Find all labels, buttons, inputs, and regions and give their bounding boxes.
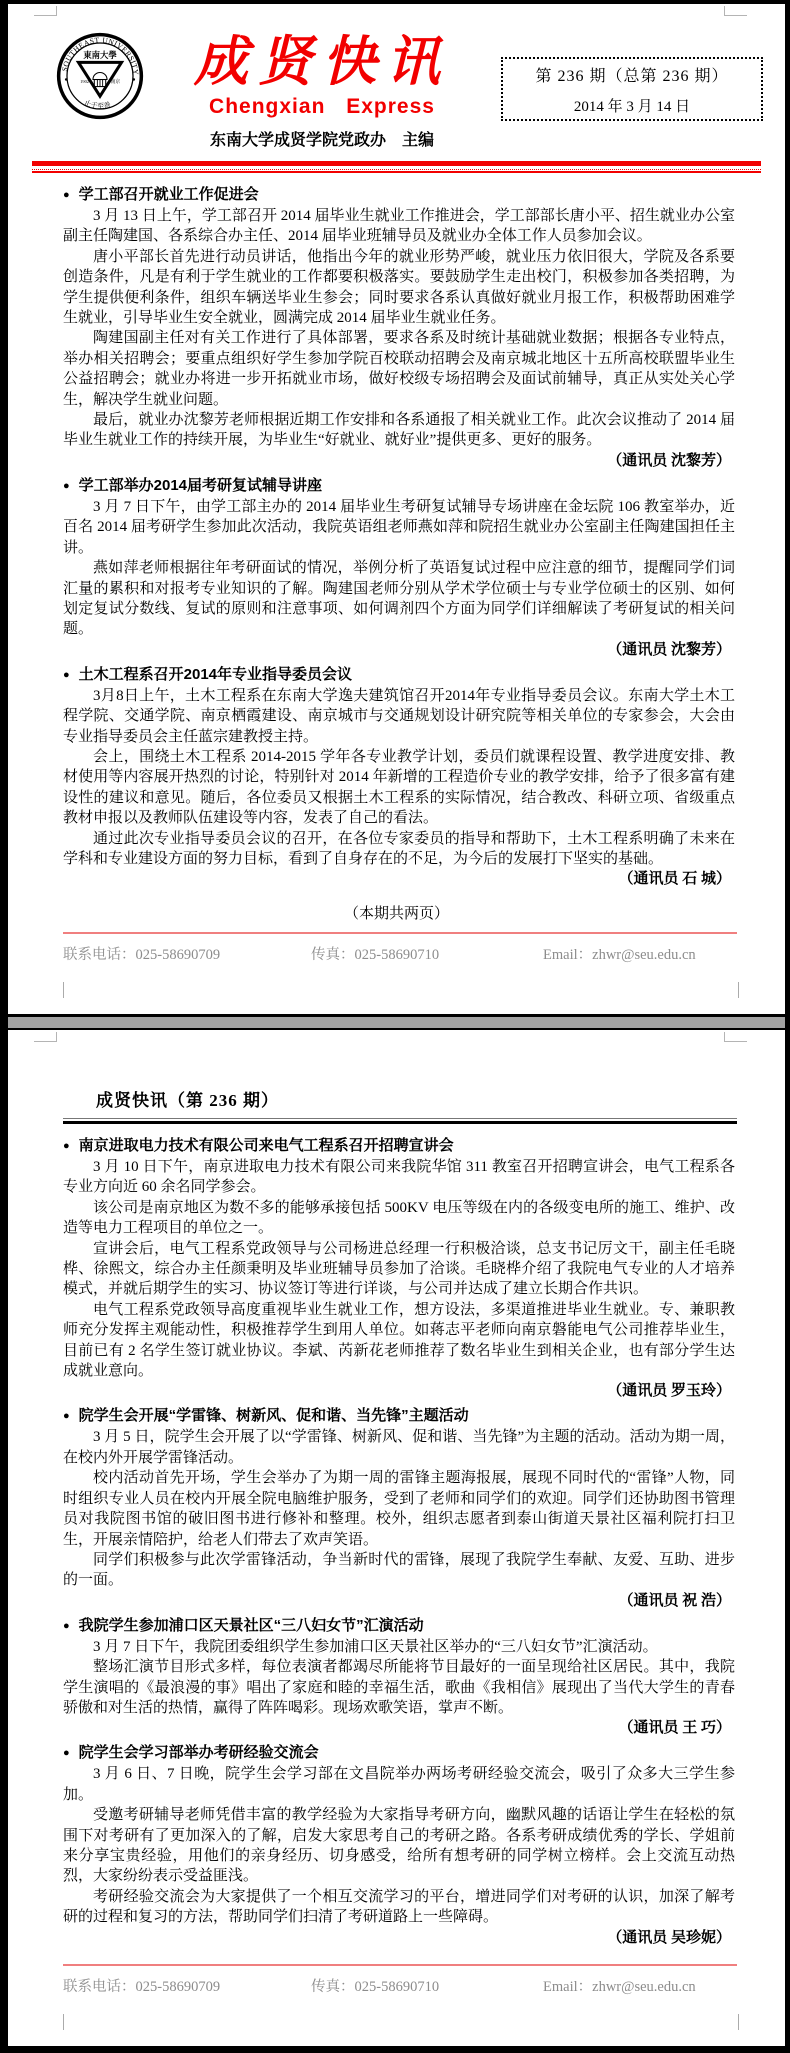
- article-title: ●我院学生参加浦口区天景社区“三八妇女节”汇演活动: [63, 1615, 735, 1637]
- page-1: SOUTHEAST UNIVERSITY 止于至善 東南大學 1902 南京 成…: [8, 4, 785, 1014]
- seal-university-name: 東南大學: [83, 50, 117, 60]
- article-paragraph: 3 月 7 日下午，由学工部主办的 2014 届毕业生考研复试辅导专场讲座在金坛…: [63, 497, 735, 558]
- article-byline: （通讯员 王 巧）: [63, 1718, 735, 1739]
- article-paragraph: 3 月 10 日下午，南京进取电力技术有限公司来我院华馆 311 教室召开招聘宣…: [63, 1157, 735, 1198]
- text-boundary-mark: [738, 982, 739, 998]
- article-title-text: 南京进取电力技术有限公司来电气工程系召开招聘宣讲会: [79, 1137, 454, 1154]
- page-footer: 联系电话：025-58690709 传真：025-58690710 Email：…: [63, 1964, 737, 1996]
- bullet-icon: ●: [63, 1747, 70, 1759]
- contact-email: Email：zhwr@seu.edu.cn: [543, 943, 696, 964]
- footer-rule: [63, 1964, 737, 1966]
- running-header-title: 成贤快讯（第 236 期）: [63, 1086, 737, 1111]
- article-paragraph: 最后，就业办沈黎芳老师根据近期工作安排和各系通报了相关就业工作。此次会议推动了 …: [63, 410, 735, 451]
- article-title: ●院学生会学习部举办考研经验交流会: [63, 1742, 735, 1764]
- article-paragraph: 3月8日上午，土木工程系在东南大学逸夫建筑馆召开2014年专业指导委员会议。东南…: [63, 686, 735, 747]
- bullet-icon: ●: [63, 189, 70, 201]
- article-title: ●土木工程系召开2014年专业指导委员会议: [63, 664, 735, 686]
- article-paragraph: 3 月 5 日，院学生会开展了以“学雷锋、树新风、促和谐、当先锋”为主题的活动。…: [63, 1427, 735, 1468]
- page-footer: 联系电话：025-58690709 传真：025-58690710 Email：…: [63, 932, 737, 964]
- running-header-rule: [63, 1118, 737, 1124]
- article-title: ●学工部召开就业工作促进会: [63, 184, 735, 206]
- article-paragraph: 考研经验交流会为大家提供了一个相互交流学习的平台，增进同学们对考研的认识，加深了…: [63, 1887, 735, 1928]
- crop-mark-icon: [724, 1032, 747, 1042]
- contact-phone: 联系电话：025-58690709: [63, 943, 311, 964]
- article-byline: （通讯员 罗玉玲）: [63, 1381, 735, 1402]
- bullet-icon: ●: [63, 669, 70, 681]
- article-paragraph: 受邀考研辅导老师凭借丰富的教学经验为大家指导考研方向，幽默风趣的话语让学生在轻松…: [63, 1805, 735, 1887]
- newsletter-title: 成贤快讯: [148, 28, 496, 94]
- seal-motto-text: 止于至善: [83, 98, 112, 111]
- svg-text:止于至善: 止于至善: [83, 98, 112, 111]
- article-paragraph: 3 月 13 日上午，学工部召开 2014 届毕业生就业工作推进会，学工部部长唐…: [63, 206, 735, 247]
- crop-mark-icon: [724, 6, 747, 16]
- text-boundary-mark: [738, 2014, 739, 2030]
- articles-page-2: ●南京进取电力技术有限公司来电气工程系召开招聘宣讲会 3 月 10 日下午，南京…: [63, 1135, 735, 1949]
- article: ●院学生会开展“学雷锋、树新风、促和谐、当先锋”主题活动 3 月 5 日，院学生…: [63, 1405, 735, 1611]
- article-title: ●南京进取电力技术有限公司来电气工程系召开招聘宣讲会: [63, 1135, 735, 1157]
- masthead: SOUTHEAST UNIVERSITY 止于至善 東南大學 1902 南京 成…: [8, 4, 785, 150]
- masthead-rule: [32, 161, 761, 173]
- article: ●院学生会学习部举办考研经验交流会 3 月 6 日、7 日晚，院学生会学习部在文…: [63, 1742, 735, 1948]
- page-count-note: （本期共两页）: [8, 902, 785, 923]
- contact-email: Email：zhwr@seu.edu.cn: [543, 1975, 696, 1996]
- publisher-line: 东南大学成贤学院党政办 主编: [148, 127, 496, 150]
- issue-box: 第 236 期（总第 236 期） 2014 年 3 月 14 日: [501, 57, 763, 121]
- crop-mark-icon: [34, 6, 57, 16]
- bullet-icon: ●: [63, 1410, 70, 1422]
- article: ●学工部召开就业工作促进会 3 月 13 日上午，学工部召开 2014 届毕业生…: [63, 184, 735, 472]
- article-paragraph: 该公司是南京地区为数不多的能够承接包括 500KV 电压等级在内的各级变电所的施…: [63, 1198, 735, 1239]
- issue-date: 2014 年 3 月 14 日: [574, 95, 690, 116]
- article-paragraph: 唐小平部长首先进行动员讲话，他指出今年的就业形势严峻，就业压力依旧很大，学院及各…: [63, 247, 735, 329]
- article-byline: （通讯员 祝 浩）: [63, 1591, 735, 1612]
- document-viewer: SOUTHEAST UNIVERSITY 止于至善 東南大學 1902 南京 成…: [0, 0, 790, 2052]
- article-byline: （通讯员 沈黎芳）: [63, 451, 735, 472]
- footer-rule: [63, 932, 737, 934]
- article-paragraph: 通过此次专业指导委员会议的召开，在各位专家委员的指导和帮助下，土木工程系明确了未…: [63, 829, 735, 870]
- article-paragraph: 整场汇演节目形式多样，每位表演者都竭尽所能将节目最好的一面呈现给社区居民。其中，…: [63, 1657, 735, 1718]
- seal-year: 1902: [80, 79, 89, 84]
- article-paragraph: 3 月 6 日、7 日晚，院学生会学习部在文昌院举办两场考研经验交流会，吸引了众…: [63, 1764, 735, 1805]
- contact-fax: 传真：025-58690710: [311, 1975, 543, 1996]
- article-paragraph: 3 月 7 日下午，我院团委组织学生参加浦口区天景社区举办的“三八妇女节”汇演活…: [63, 1637, 735, 1657]
- article-title-text: 学工部召开就业工作促进会: [79, 186, 259, 203]
- article: ●学工部举办2014届考研复试辅导讲座 3 月 7 日下午，由学工部主办的 20…: [63, 475, 735, 661]
- article-paragraph: 陶建国副主任对有关工作进行了具体部署，要求各系及时统计基础就业数据；根据各专业特…: [63, 328, 735, 410]
- article: ●土木工程系召开2014年专业指导委员会议 3月8日上午，土木工程系在东南大学逸…: [63, 664, 735, 891]
- text-boundary-mark: [63, 982, 64, 998]
- newsletter-title-en: Chengxian Express: [148, 94, 496, 120]
- contact-fax: 传真：025-58690710: [311, 943, 543, 964]
- article-paragraph: 电气工程系党政领导高度重视毕业生就业工作，想方设法，多渠道推进毕业生就业。专、兼…: [63, 1300, 735, 1382]
- running-header: 成贤快讯（第 236 期）: [8, 1030, 785, 1111]
- article-byline: （通讯员 沈黎芳）: [63, 640, 735, 661]
- article: ●南京进取电力技术有限公司来电气工程系召开招聘宣讲会 3 月 10 日下午，南京…: [63, 1135, 735, 1402]
- bullet-icon: ●: [63, 1620, 70, 1632]
- crop-mark-icon: [34, 1032, 57, 1042]
- article-title-text: 院学生会开展“学雷锋、树新风、促和谐、当先锋”主题活动: [79, 1407, 469, 1424]
- article-paragraph: 校内活动首先开场，学生会举办了为期一周的雷锋主题海报展，展现不同时代的“雷锋”人…: [63, 1468, 735, 1550]
- article-paragraph: 会上，围绕土木工程系 2014-2015 学年各专业教学计划，委员们就课程设置、…: [63, 747, 735, 829]
- page-break-gap: [8, 1014, 785, 1030]
- article-title-text: 院学生会学习部举办考研经验交流会: [79, 1744, 319, 1761]
- article-paragraph: 同学们积极参与此次学雷锋活动，争当新时代的雷锋，展现了我院学生奉献、友爱、互助、…: [63, 1550, 735, 1591]
- contact-phone: 联系电话：025-58690709: [63, 1975, 311, 1996]
- page-2: 成贤快讯（第 236 期） ●南京进取电力技术有限公司来电气工程系召开招聘宣讲会…: [8, 1030, 785, 2046]
- article-byline: （通讯员 吴珍妮）: [63, 1928, 735, 1949]
- text-boundary-mark: [63, 2014, 64, 2030]
- article-title-text: 学工部举办2014届考研复试辅导讲座: [79, 477, 322, 494]
- bullet-icon: ●: [63, 1140, 70, 1152]
- article-paragraph: 燕如萍老师根据往年考研面试的情况，举例分析了英语复试过程中应注意的细节，提醒同学…: [63, 558, 735, 640]
- article-title-text: 我院学生参加浦口区天景社区“三八妇女节”汇演活动: [79, 1617, 424, 1634]
- article-title-text: 土木工程系召开2014年专业指导委员会议: [79, 666, 352, 683]
- seu-seal-logo: SOUTHEAST UNIVERSITY 止于至善 東南大學 1902 南京: [56, 30, 144, 122]
- article-byline: （通讯员 石 城）: [63, 869, 735, 890]
- articles-page-1: ●学工部召开就业工作促进会 3 月 13 日上午，学工部召开 2014 届毕业生…: [63, 184, 735, 890]
- article-title: ●院学生会开展“学雷锋、树新风、促和谐、当先锋”主题活动: [63, 1405, 735, 1427]
- article-title: ●学工部举办2014届考研复试辅导讲座: [63, 475, 735, 497]
- issue-number: 第 236 期（总第 236 期）: [535, 63, 728, 86]
- article-paragraph: 宣讲会后，电气工程系党政领导与公司杨进总经理一行积极洽谈，总支书记厉文干，副主任…: [63, 1239, 735, 1300]
- bullet-icon: ●: [63, 480, 70, 492]
- article: ●我院学生参加浦口区天景社区“三八妇女节”汇演活动 3 月 7 日下午，我院团委…: [63, 1615, 735, 1740]
